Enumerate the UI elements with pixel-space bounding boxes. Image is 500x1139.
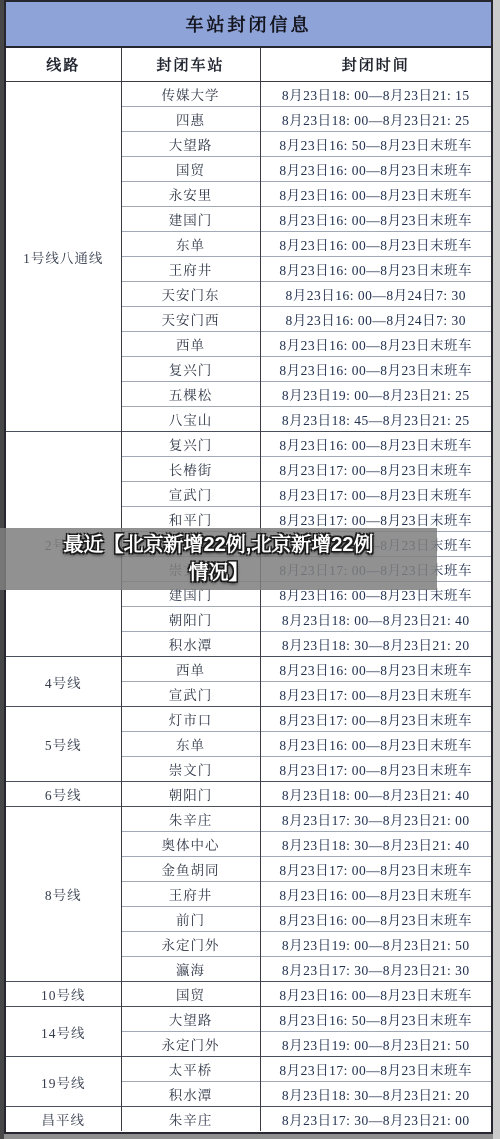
time-cell: 8月23日16: 00—8月23日末班车 — [260, 432, 491, 457]
table-header-row: 线路 封闭车站 封闭时间 — [6, 48, 491, 82]
watermark-overlay: 最近【北京新增22例,北京新增22例 情况】 — [0, 528, 437, 590]
time-cell: 8月23日17: 00—8月23日末班车 — [260, 482, 491, 507]
line-cell: 昌平线 — [6, 1107, 121, 1132]
time-cell: 8月23日17: 00—8月23日末班车 — [260, 1057, 491, 1082]
time-cell: 8月23日16: 00—8月23日末班车 — [260, 257, 491, 282]
table-row: 10号线国贸8月23日16: 00—8月23日末班车 — [6, 982, 491, 1007]
right-border-strip — [493, 0, 500, 1139]
table-row: 14号线大望路8月23日16: 50—8月23日末班车 — [6, 1007, 491, 1032]
time-cell: 8月23日17: 30—8月23日21: 00 — [260, 807, 491, 832]
station-cell: 五棵松 — [121, 382, 260, 407]
station-cell: 前门 — [121, 907, 260, 932]
panel-title-bar: 车站封闭信息 — [6, 2, 491, 48]
table-row: 8号线朱辛庄8月23日17: 30—8月23日21: 00 — [6, 807, 491, 832]
time-cell: 8月23日16: 00—8月23日末班车 — [260, 207, 491, 232]
time-cell: 8月23日16: 00—8月23日末班车 — [260, 657, 491, 682]
line-cell: 10号线 — [6, 982, 121, 1007]
table-body: 1号线八通线传媒大学8月23日18: 00—8月23日21: 15四惠8月23日… — [6, 82, 491, 1132]
station-cell: 朱辛庄 — [121, 807, 260, 832]
time-cell: 8月23日17: 30—8月23日21: 30 — [260, 957, 491, 982]
station-cell: 永定门外 — [121, 1032, 260, 1057]
table-row: 昌平线朱辛庄8月23日17: 30—8月23日21: 00 — [6, 1107, 491, 1132]
station-cell: 积水潭 — [121, 632, 260, 657]
time-cell: 8月23日17: 30—8月23日21: 00 — [260, 1107, 491, 1132]
station-cell: 奥体中心 — [121, 832, 260, 857]
station-cell: 复兴门 — [121, 357, 260, 382]
station-cell: 朝阳门 — [121, 607, 260, 632]
station-cell: 王府井 — [121, 257, 260, 282]
time-cell: 8月23日18: 00—8月23日21: 15 — [260, 82, 491, 107]
station-cell: 太平桥 — [121, 1057, 260, 1082]
line-cell: 8号线 — [6, 807, 121, 982]
table-row: 6号线朝阳门8月23日18: 00—8月23日21: 40 — [6, 782, 491, 807]
station-cell: 崇文门 — [121, 757, 260, 782]
time-cell: 8月23日16: 00—8月23日末班车 — [260, 907, 491, 932]
station-cell: 永安里 — [121, 182, 260, 207]
station-cell: 金鱼胡同 — [121, 857, 260, 882]
time-cell: 8月23日16: 00—8月23日末班车 — [260, 157, 491, 182]
line-cell: 1号线八通线 — [6, 82, 121, 432]
station-cell: 朝阳门 — [121, 782, 260, 807]
station-cell: 宣武门 — [121, 482, 260, 507]
table-row: 5号线灯市口8月23日17: 00—8月23日末班车 — [6, 707, 491, 732]
station-cell: 国贸 — [121, 982, 260, 1007]
station-cell: 宣武门 — [121, 682, 260, 707]
column-header-time: 封闭时间 — [260, 48, 491, 82]
table-row: 2号线复兴门8月23日16: 00—8月23日末班车 — [6, 432, 491, 457]
time-cell: 8月23日18: 00—8月23日21: 40 — [260, 782, 491, 807]
time-cell: 8月23日17: 00—8月23日末班车 — [260, 757, 491, 782]
time-cell: 8月23日19: 00—8月23日21: 50 — [260, 1032, 491, 1057]
station-cell: 传媒大学 — [121, 82, 260, 107]
station-cell: 王府井 — [121, 882, 260, 907]
line-cell: 14号线 — [6, 1007, 121, 1057]
line-cell: 19号线 — [6, 1057, 121, 1107]
line-cell: 4号线 — [6, 657, 121, 707]
station-cell: 东单 — [121, 732, 260, 757]
station-cell: 建国门 — [121, 207, 260, 232]
time-cell: 8月23日18: 00—8月23日21: 40 — [260, 607, 491, 632]
time-cell: 8月23日17: 00—8月23日末班车 — [260, 857, 491, 882]
time-cell: 8月23日16: 50—8月23日末班车 — [260, 132, 491, 157]
time-cell: 8月23日18: 30—8月23日21: 20 — [260, 1082, 491, 1107]
time-cell: 8月23日16: 00—8月23日末班车 — [260, 982, 491, 1007]
line-cell: 6号线 — [6, 782, 121, 807]
station-cell: 灯市口 — [121, 707, 260, 732]
time-cell: 8月23日17: 00—8月23日末班车 — [260, 682, 491, 707]
time-cell: 8月23日19: 00—8月23日21: 25 — [260, 382, 491, 407]
station-cell: 大望路 — [121, 132, 260, 157]
table-row: 19号线太平桥8月23日17: 00—8月23日末班车 — [6, 1057, 491, 1082]
station-cell: 天安门西 — [121, 307, 260, 332]
time-cell: 8月23日17: 00—8月23日末班车 — [260, 457, 491, 482]
station-cell: 国贸 — [121, 157, 260, 182]
column-header-line: 线路 — [6, 48, 121, 82]
station-cell: 积水潭 — [121, 1082, 260, 1107]
station-cell: 西单 — [121, 332, 260, 357]
time-cell: 8月23日16: 00—8月23日末班车 — [260, 882, 491, 907]
station-cell: 东单 — [121, 232, 260, 257]
station-cell: 西单 — [121, 657, 260, 682]
time-cell: 8月23日16: 00—8月23日末班车 — [260, 732, 491, 757]
line-cell: 5号线 — [6, 707, 121, 782]
time-cell: 8月23日18: 30—8月23日21: 20 — [260, 632, 491, 657]
time-cell: 8月23日17: 00—8月23日末班车 — [260, 707, 491, 732]
station-cell: 永定门外 — [121, 932, 260, 957]
station-cell: 瀛海 — [121, 957, 260, 982]
time-cell: 8月23日18: 45—8月23日21: 25 — [260, 407, 491, 432]
station-cell: 大望路 — [121, 1007, 260, 1032]
watermark-text-line1: 最近【北京新增22例,北京新增22例 — [63, 531, 373, 559]
table-row: 4号线西单8月23日16: 00—8月23日末班车 — [6, 657, 491, 682]
watermark-text-line2: 情况】 — [189, 559, 249, 587]
table-row: 1号线八通线传媒大学8月23日18: 00—8月23日21: 15 — [6, 82, 491, 107]
page-title: 车站封闭信息 — [186, 11, 312, 37]
column-header-station: 封闭车站 — [121, 48, 260, 82]
station-cell: 八宝山 — [121, 407, 260, 432]
time-cell: 8月23日16: 00—8月23日末班车 — [260, 232, 491, 257]
station-cell: 四惠 — [121, 107, 260, 132]
station-cell: 朱辛庄 — [121, 1107, 260, 1132]
time-cell: 8月23日16: 00—8月23日末班车 — [260, 357, 491, 382]
station-cell: 复兴门 — [121, 432, 260, 457]
time-cell: 8月23日16: 00—8月23日末班车 — [260, 182, 491, 207]
time-cell: 8月23日16: 00—8月23日末班车 — [260, 332, 491, 357]
time-cell: 8月23日18: 30—8月23日21: 40 — [260, 832, 491, 857]
station-cell: 长椿街 — [121, 457, 260, 482]
time-cell: 8月23日16: 50—8月23日末班车 — [260, 1007, 491, 1032]
time-cell: 8月23日18: 00—8月23日21: 25 — [260, 107, 491, 132]
time-cell: 8月23日16: 00—8月24日7: 30 — [260, 282, 491, 307]
time-cell: 8月23日16: 00—8月24日7: 30 — [260, 307, 491, 332]
station-cell: 天安门东 — [121, 282, 260, 307]
time-cell: 8月23日19: 00—8月23日21: 50 — [260, 932, 491, 957]
